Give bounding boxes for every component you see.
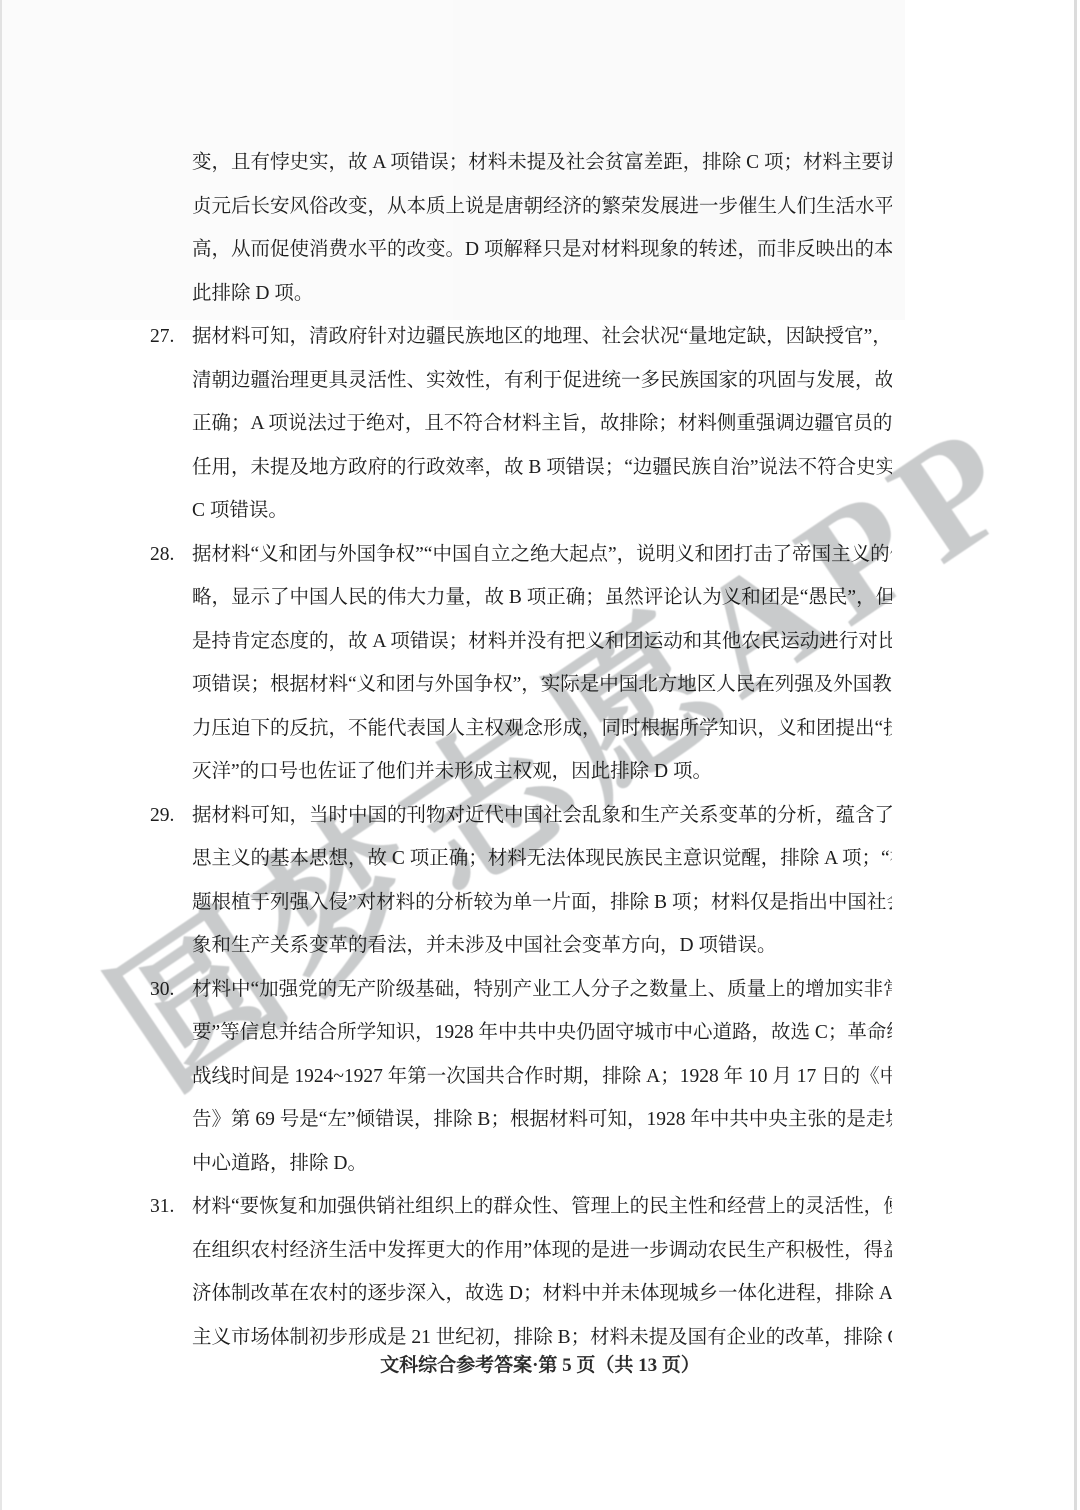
answer-line: 略，显示了中国人民的伟大力量，故 B 项正确；虽然评论认为义和团是“愚民”，但对… [192,576,892,620]
answer-line: 正确；A 项说法过于绝对，且不符合材料主旨，故排除；材料侧重强调边疆官员的甄选与 [192,402,892,446]
answer-line: 中心道路，排除 D。 [192,1142,892,1186]
answer-line: 象和生产关系变革的看法，并未涉及中国社会变革方向，D 项错误。 [192,924,892,968]
answer-line: 济体制改革在农村的逐步深入，故选 D；材料中并未体现城乡一体化进程，排除 A；社… [192,1272,892,1316]
answer-item-29: 29. 据材料可知，当时中国的刊物对近代中国社会乱象和生产关系变革的分析，蕴含了… [150,794,892,968]
item-number: 31. [150,1185,174,1229]
item-number: 29. [150,794,174,838]
answer-line: 力压迫下的反抗，不能代表国人主权观念形成，同时根据所学知识，义和团提出“扶清 [192,707,892,751]
answer-line: 清朝边疆治理更具灵活性、实效性，有利于促进统一多民族国家的巩固与发展，故 D 项 [192,359,892,403]
page-right-edge [1074,0,1077,1510]
item-number: 27. [150,315,174,359]
answer-item-31: 31. 材料“要恢复和加强供销社组织上的群众性、管理上的民主性和经营上的灵活性，… [150,1185,892,1359]
answer-line: 任用，未提及地方政府的行政效率，故 B 项错误；“边疆民族自治”说法不符合史实，… [192,446,892,490]
answer-line: 题根植于列强入侵”对材料的分析较为单一片面，排除 B 项；材料仅是指出中国社会乱 [192,881,892,925]
answer-line: 高，从而促使消费水平的改变。D 项解释只是对材料现象的转述，而非反映出的本质 [192,228,892,272]
answer-line: 贞元后长安风俗改变，从本质上说是唐朝经济的繁荣发展进一步催生人们生活水平 [192,185,892,229]
item-number: 30. [150,968,174,1012]
answer-item-26-continued: 变，且有悖史实，故 A 项错误；材料未提及社会贫富差距，排除 C 项；材料主要讲… [150,141,892,315]
item-number: 28. [150,533,174,577]
answer-item-27: 27. 据材料可知，清政府针对边疆民族地区的地理、社会状况“量地定缺，因缺授官”… [150,315,892,533]
answer-line: C 项错误。 [192,489,892,533]
answer-line: 变，且有悖史实，故 A 项错误；材料未提及社会贫富差距，排除 C 项；材料主要讲 [192,141,892,185]
answer-line: 材料中“加强党的无产阶级基础，特别产业工人分子之数量上、质量上的增加实非常重 [192,968,892,1012]
answer-line: 据材料“义和团与外国争权”“中国自立之绝大起点”，说明义和团打击了帝国主义的侵 [192,533,892,577]
answer-line: 要”等信息并结合所学知识，1928 年中共中央仍固守城市中心道路，故选 C；革命… [192,1011,892,1055]
answer-item-30: 30. 材料中“加强党的无产阶级基础，特别产业工人分子之数量上、质量上的增加实非… [150,968,892,1186]
answer-line: 告》第 69 号是“左”倾错误，排除 B；根据材料可知，1928 年中共中央主张… [192,1098,892,1142]
answer-line: 材料“要恢复和加强供销社组织上的群众性、管理上的民主性和经营上的灵活性，使它 [192,1185,892,1229]
answer-content: 变，且有悖史实，故 A 项错误；材料未提及社会贫富差距，排除 C 项；材料主要讲… [150,141,892,1359]
answer-item-28: 28. 据材料“义和团与外国争权”“中国自立之绝大起点”，说明义和团打击了帝国主… [150,533,892,794]
answer-line: 据材料可知，清政府针对边疆民族地区的地理、社会状况“量地定缺，因缺授官”，使得 [192,315,892,359]
scanned-answer-page: 圆梦志愿APP 变，且有悖史实，故 A 项错误；材料未提及社会贫富差距，排除 C… [0,0,1080,1510]
answer-line: 据材料可知，当时中国的刊物对近代中国社会乱象和生产关系变革的分析，蕴含了马克 [192,794,892,838]
answer-line: 思主义的基本思想，故 C 项正确；材料无法体现民族民主意识觉醒，排除 A 项；“… [192,837,892,881]
page-footer: 文科综合参考答案·第 5 页（共 13 页） [0,1350,1080,1377]
answer-line: 是持肯定态度的，故 A 项错误；材料并没有把义和团运动和其他农民运动进行对比，C [192,620,892,664]
answer-line: 战线时间是 1924~1927 年第一次国共合作时期，排除 A；1928 年 1… [192,1055,892,1099]
page-left-edge [0,0,2,1510]
answer-line: 在组织农村经济生活中发挥更大的作用”体现的是进一步调动农民生产积极性，得益于经 [192,1229,892,1273]
answer-line: 项错误；根据材料“义和团与外国争权”，实际是中国北方地区人民在列强及外国教会势 [192,663,892,707]
answer-line: 灭洋”的口号也佐证了他们并未形成主权观，因此排除 D 项。 [192,750,892,794]
answer-line: 此排除 D 项。 [192,272,892,316]
